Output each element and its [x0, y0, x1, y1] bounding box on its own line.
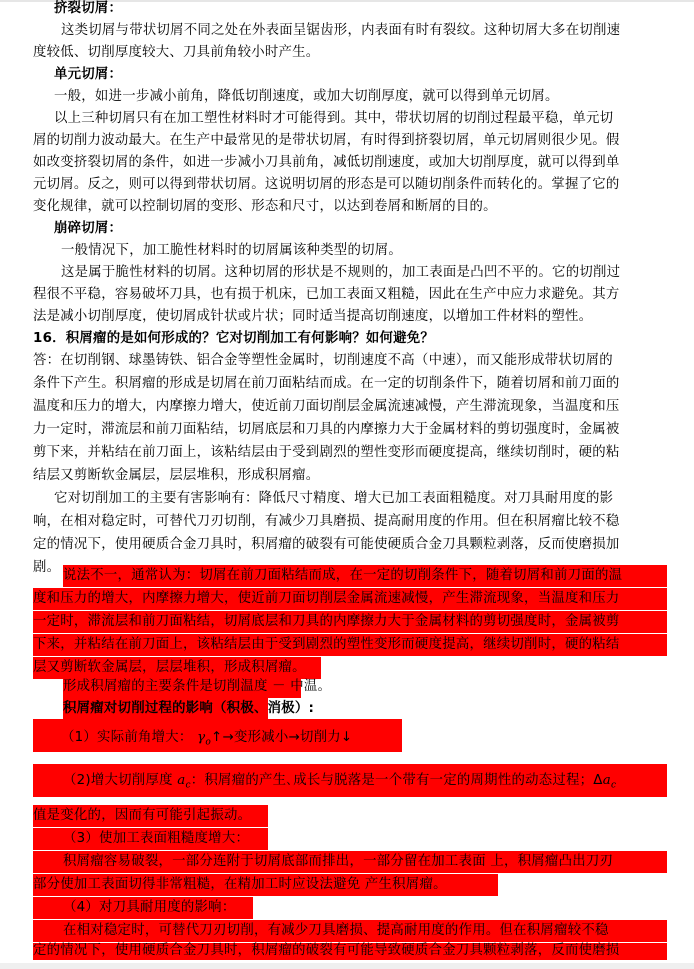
effect-item-2-middle: ：积屑瘤的产生､成长与脱落是一个带有一定的周期性的动态过程；Δ — [191, 773, 603, 788]
condition-line: 形成积屑瘤的主要条件是切削温度 － 中温。 — [63, 676, 331, 698]
effect-item-3-line: 部分使加工表面切得非常粗糙，在精加工时应设法避免 产生积屑瘤。 — [33, 874, 447, 896]
answer-line: 答：在切削钢、球墨铸铁、铝合金等塑性金属时，切削速度不高（中速），而又能形成带状… — [33, 350, 613, 372]
paragraph-line: 屑的切削力波动最大。在生产中最常见的是带状切屑，有时得到挤裂切屑，单元切屑则很少… — [33, 130, 620, 152]
highlighted-line: 一定时，滞流层和前刀面粘结，切屑底层和刀具的内摩擦力大于金属材料的剪切强度时，金… — [33, 611, 620, 633]
effect-item-3-line: 积屑瘤容易破裂，一部分连附于切屑底部而排出，一部分留在加工表面 上，积屑瘤凸出刀… — [63, 851, 613, 873]
answer-line: 剧。 — [33, 557, 60, 579]
paragraph-line: 度较低、切削厚度较大、刀具前角较小时产生。 — [33, 42, 319, 64]
highlighted-line: 度和压力的增大，内摩擦力增大，使近前刀面切削层金属流速减慢，产生滞流现象，当温度… — [33, 588, 620, 610]
effect-item-3-title: （3）使加工表面粗糙度增大： — [63, 828, 249, 850]
heading-crushed-chip: 崩碎切屑： — [54, 218, 122, 240]
effect-item-4-line: 定的情况下，使用硬质合金刀具时，积屑瘤的破裂有可能导致硬质合金刀具颗粒剥落，反而… — [33, 940, 620, 962]
paragraph-line: 法是减小切削厚度，使切屑成针状或片状；同时适当提高切削速度，以增加工件材料的塑性… — [33, 306, 592, 328]
effect-item-1-prefix: （1）实际前角增大： — [61, 730, 193, 745]
effect-item-4-title: （4）对刀具耐用度的影响： — [63, 897, 235, 919]
paragraph-line: 变化规律，就可以控制切屑的变形、形态和尺寸，以达到卷屑和断屑的目的。 — [33, 196, 497, 218]
paragraph-line: 如改变挤裂切屑的条件，如进一步减小刀具前角，减低切削速度，或加大切削厚度，就可以… — [33, 152, 620, 174]
answer-line: 剪下来，并粘结在前刀面上，该粘结层由于受到剧烈的塑性变形而硬度提高，继续切削时，… — [33, 442, 620, 464]
paragraph-line: 这类切屑与带状切屑不同之处在外表面呈锯齿形，内表面有时有裂纹。这种切屑大多在切削… — [61, 20, 620, 42]
delta-thickness-symbol: a — [603, 773, 611, 788]
effect-item-4-line: 在相对稳定时，可替代刀刃切削，有减少刀具磨损、提高耐用度的作用。但在积屑瘤较不稳 — [63, 920, 609, 942]
question-title: 16．积屑瘤的是如何形成的？它对切削加工有何影响？如何避免？ — [33, 328, 434, 350]
paragraph-line: 这是属于脆性材料的切屑。这种切屑的形状是不规则的，加工表面是凸凹不平的。它的切削… — [61, 262, 620, 284]
paragraph-line: 程很不平稳，容易破坏刀具，也有损于机床，已加工表面又粗糙，因此在生产中应力求避免… — [33, 284, 620, 306]
heading-unit-chip: 单元切屑： — [54, 64, 122, 86]
effect-item-1-suffix: ↑→变形减小→切削力↓ — [211, 730, 352, 745]
effect-item-1: （1）实际前角增大： γo↑→变形减小→切削力↓ — [61, 727, 352, 749]
effect-item-2: （2)增大切削厚度 ac：积屑瘤的产生､成长与脱落是一个带有一定的周期性的动态过… — [63, 770, 616, 792]
heading-extrusion-chip: 挤裂切屑： — [54, 0, 122, 20]
answer-line: 它对切削加工的主要有害影响有：降低尺寸精度、增大已加工表面粗糙度。对刀具耐用度的… — [54, 488, 613, 510]
answer-line: 结层又剪断软金属层，层层堆积，形成积屑瘤。 — [33, 465, 319, 487]
paragraph-line: 一般情况下，加工脆性材料时的切屑属该种类型的切屑。 — [61, 240, 402, 262]
paragraph-line: 一般，如进一步减小前角，降低切削速度，或加大切削厚度，就可以得到单元切屑。 — [54, 86, 559, 108]
bottom-border — [0, 963, 694, 969]
delta-thickness-subscript: c — [611, 781, 616, 791]
answer-line: 条件下产生。积屑瘤的形成是切屑在前刀面粘结而成。在一定的切削条件下，随着切屑和前… — [33, 373, 620, 395]
effects-title: 积屑瘤对切削过程的影响（积极、消极）: — [63, 698, 314, 720]
answer-line: 响，在相对稳定时，可替代刀刃切削，有减少刀具磨损、提高耐用度的作用。但在积屑瘤比… — [33, 511, 620, 533]
effect-item-2-continuation: 值是变化的，因而有可能引起振动。 — [33, 805, 251, 827]
paragraph-line: 元切屑。反之，则可以得到带状切屑。这说明切屑的形态是可以随切削条件而转化的。掌握… — [33, 174, 620, 196]
answer-line: 温度和压力的增大，内摩擦力增大，使近前刀面切削层金属流速减慢，产生滞流现象，当温… — [33, 396, 620, 418]
answer-line: 力一定时，滞流层和前刀面粘结，切屑底层和刀具的内摩擦力大于金属材料的剪切强度时，… — [33, 419, 620, 441]
answer-line: 定的情况下，使用硬质合金刀具时，积屑瘤的破裂有可能使硬质合金刀具颗粒剥落，反而使… — [33, 534, 620, 556]
paragraph-line: 以上三种切屑只有在加工塑性材料时才可能得到。其中，带状切屑的切削过程最平稳，单元… — [54, 108, 613, 130]
effect-item-2-prefix: （2)增大切削厚度 — [63, 773, 173, 788]
highlighted-line: 说法不一，通常认为：切屑在前刀面粘结而成，在一定的切削条件下，随着切屑和前刀面的… — [63, 565, 622, 587]
highlighted-line: 下来，并粘结在前刀面上，该粘结层由于受到剧烈的塑性变形而硬度提高，继续切削时，硬… — [33, 634, 620, 656]
